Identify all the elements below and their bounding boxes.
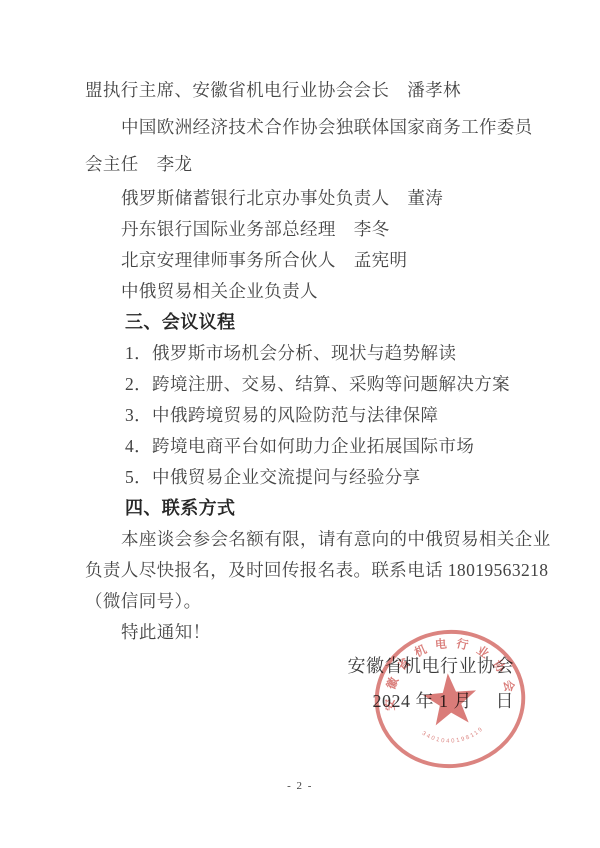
section-heading-agenda: 三、会议议程 <box>85 307 515 338</box>
contact-paragraph-line: （微信同号）。 <box>85 586 515 617</box>
agenda-item-3: 3．中俄跨境贸易的风险防范与法律保障 <box>85 400 515 431</box>
agenda-item-2: 2．跨境注册、交易、结算、采购等问题解决方案 <box>85 369 515 400</box>
attendee-continuation-line: 会主任 李龙 <box>85 146 515 183</box>
page-number: - 2 - <box>0 780 600 792</box>
contact-paragraph-line: 负责人尽快报名，及时回传报名表。联系电话 18019563218 <box>85 555 515 586</box>
attendee-line: 中俄贸易相关企业负责人 <box>85 276 515 307</box>
attendee-line: 中国欧洲经济技术合作协会独联体国家商务工作委员 <box>85 109 515 146</box>
attendee-continuation-line: 盟执行主席、安徽省机电行业协会会长 潘孝林 <box>85 72 515 109</box>
document-body: 盟执行主席、安徽省机电行业协会会长 潘孝林 中国欧洲经济技术合作协会独联体国家商… <box>85 72 515 648</box>
signature-organization: 安徽省机电行业协会 <box>348 655 515 677</box>
signature-block: 安徽省机电行业协会 2024 年 1 月 日 <box>348 655 515 712</box>
seal-code-text: 3401040198119 <box>420 725 486 747</box>
agenda-item-1: 1．俄罗斯市场机会分析、现状与趋势解读 <box>85 338 515 369</box>
section-heading-contact: 四、联系方式 <box>85 493 515 524</box>
closing-line: 特此通知！ <box>85 617 515 648</box>
agenda-item-5: 5．中俄贸易企业交流提问与经验分享 <box>85 462 515 493</box>
signature-date: 2024 年 1 月 日 <box>348 690 515 712</box>
agenda-item-4: 4．跨境电商平台如何助力企业拓展国际市场 <box>85 431 515 462</box>
attendee-line: 丹东银行国际业务部总经理 李冬 <box>85 214 515 245</box>
contact-paragraph-line: 本座谈会参会名额有限，请有意向的中俄贸易相关企业 <box>85 524 515 555</box>
attendee-line: 北京安理律师事务所合伙人 孟宪明 <box>85 245 515 276</box>
attendee-line: 俄罗斯储蓄银行北京办事处负责人 董涛 <box>85 183 515 214</box>
svg-text:3401040198119: 3401040198119 <box>420 725 486 747</box>
document-page: 盟执行主席、安徽省机电行业协会会长 潘孝林 中国欧洲经济技术合作协会独联体国家商… <box>0 0 600 848</box>
